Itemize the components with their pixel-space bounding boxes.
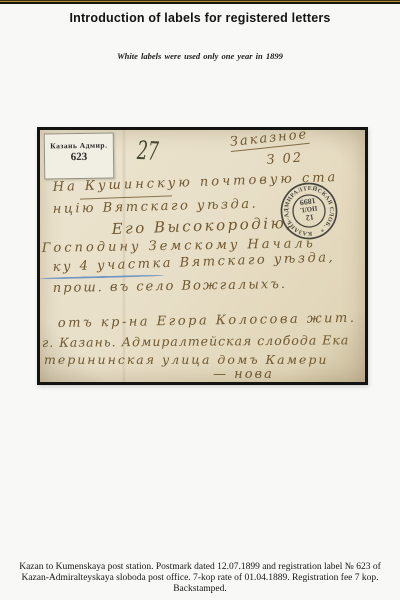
address-line: прош. въ село Вожгалыхъ. [53, 277, 287, 296]
envelope-cover: Казань Адмир. 623 27 Заказное З 02 На Ку… [37, 127, 368, 385]
address-line: Его Высокородію, [111, 214, 293, 238]
registration-label-number: 623 [45, 151, 113, 164]
envelope-fold-top-right [305, 130, 365, 176]
sender-line: — нова [213, 367, 274, 382]
sender-line: г. Казань. Адмиралтейская слобода Ека [42, 332, 349, 350]
page-top-edge [0, 0, 400, 4]
sender-line: терининская улица домъ Камери [44, 352, 328, 367]
registration-label: Казань Адмир. 623 [44, 133, 115, 180]
manuscript-fee: З 02 [266, 150, 304, 168]
manuscript-registered: Заказное [229, 127, 309, 152]
postmark-stamp: КАЗАНЬ-АДМИРАЛТЕЙСКАЯ СЛОБ. * 12 ІЮЛ. 18… [275, 177, 343, 245]
page-subtitle: White labels were used only one year in … [0, 51, 400, 61]
caption-line-1: Kazan to Kumenskaya post station. Postma… [0, 562, 400, 573]
registration-label-office: Казань Адмир. [45, 141, 113, 151]
page-title: Introduction of labels for registered le… [0, 11, 400, 25]
postmark-day: 12 [305, 212, 314, 222]
pencil-mark: 27 [136, 136, 159, 167]
album-page: Introduction of labels for registered le… [0, 0, 400, 600]
caption-line-2: Kazan-Admiralteyskaya sloboda post offic… [0, 573, 400, 595]
address-line: нцію Вятскаго уѣзда. [53, 197, 259, 217]
exhibit-caption: Kazan to Kumenskaya post station. Postma… [0, 562, 400, 595]
